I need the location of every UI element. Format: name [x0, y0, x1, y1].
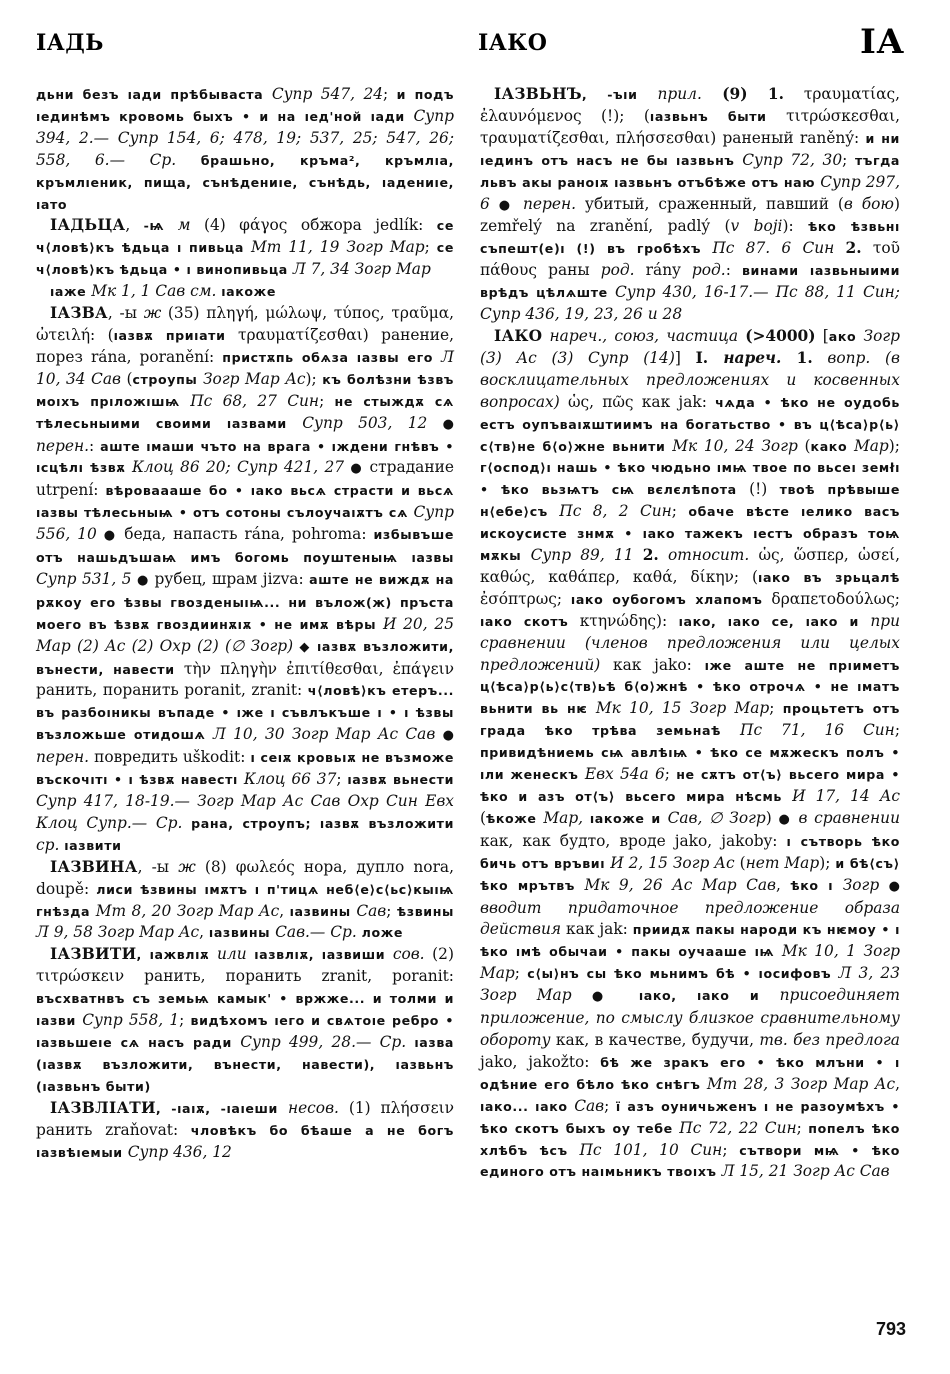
headword: ІАЗВЛІАТИ: [50, 1099, 156, 1117]
sense-bullet-icon: ●: [104, 528, 117, 543]
sense-bullet-icon: ●: [779, 812, 792, 827]
sense-bullet-icon: ●: [592, 989, 619, 1004]
section-letter: ІА: [860, 22, 905, 62]
entry-iazva: ІАЗВА, -ы ж (35) πληγή, μώλωψ, τύπος, τρ…: [36, 303, 454, 857]
running-head-center: ІАКО: [478, 30, 547, 56]
cross-reference: ложе: [362, 925, 403, 940]
sense-bullet-icon: ●: [443, 417, 454, 432]
cross-reference: ıакоже: [221, 284, 276, 299]
headword: ІАДЬЦА: [50, 216, 125, 234]
entry-iazvьnъ: ІАЗВЬНЪ, -ъıи прил. (9) 1. τραυματίας, ἐ…: [480, 84, 900, 326]
sense-bullet-icon: ●: [137, 573, 149, 588]
phrase-diamond-icon: ◆: [299, 640, 310, 655]
running-head-left: ІАДЬ: [36, 30, 104, 56]
entry-iadьca: ІАДЬЦА, -ѩ м (4) φάγος обжора jedlík: се…: [36, 215, 454, 281]
left-column: дьни безъ ıади прѣбываста Супр 547, 24; …: [36, 84, 454, 1163]
sense-bullet-icon: ●: [443, 728, 454, 743]
headword: ІАЗВЬНЪ: [494, 85, 582, 103]
entry-iazviti: ІАЗВИТИ, ıажвлıѫ или ıазвлıѫ, ıазвиши со…: [36, 944, 454, 1097]
entry-iako: ІАКО нареч., союз, частица (>4000) [ако …: [480, 326, 900, 1183]
sense-bullet-icon: ●: [350, 461, 363, 476]
entry-iadь-continuation: дьни безъ ıади прѣбываста Супр 547, 24; …: [36, 84, 454, 215]
cross-reference: ıазвити: [64, 838, 121, 853]
sense-bullet-icon: ●: [889, 879, 900, 894]
headword: ІАЗВИНА: [50, 858, 138, 876]
headword: ІАЗВИТИ: [50, 945, 136, 963]
entry-iaže: ıаже Мк 1, 1 Сав см. ıакоже: [36, 281, 454, 303]
entry-iazvliati: ІАЗВЛІАТИ, -ıаıѫ, -ıаıеши несов. (1) πλή…: [36, 1098, 454, 1164]
headword: ІАКО: [494, 327, 542, 345]
entry-iazvina: ІАЗВИНА, -ы ж (8) φωλεός нора, дупло nor…: [36, 857, 454, 945]
headword: ІАЗВА: [50, 304, 108, 322]
page-number: 793: [876, 1319, 906, 1340]
sense-bullet-icon: ●: [499, 198, 514, 213]
right-column: ІАЗВЬНЪ, -ъıи прил. (9) 1. τραυματίας, ἐ…: [480, 84, 900, 1183]
